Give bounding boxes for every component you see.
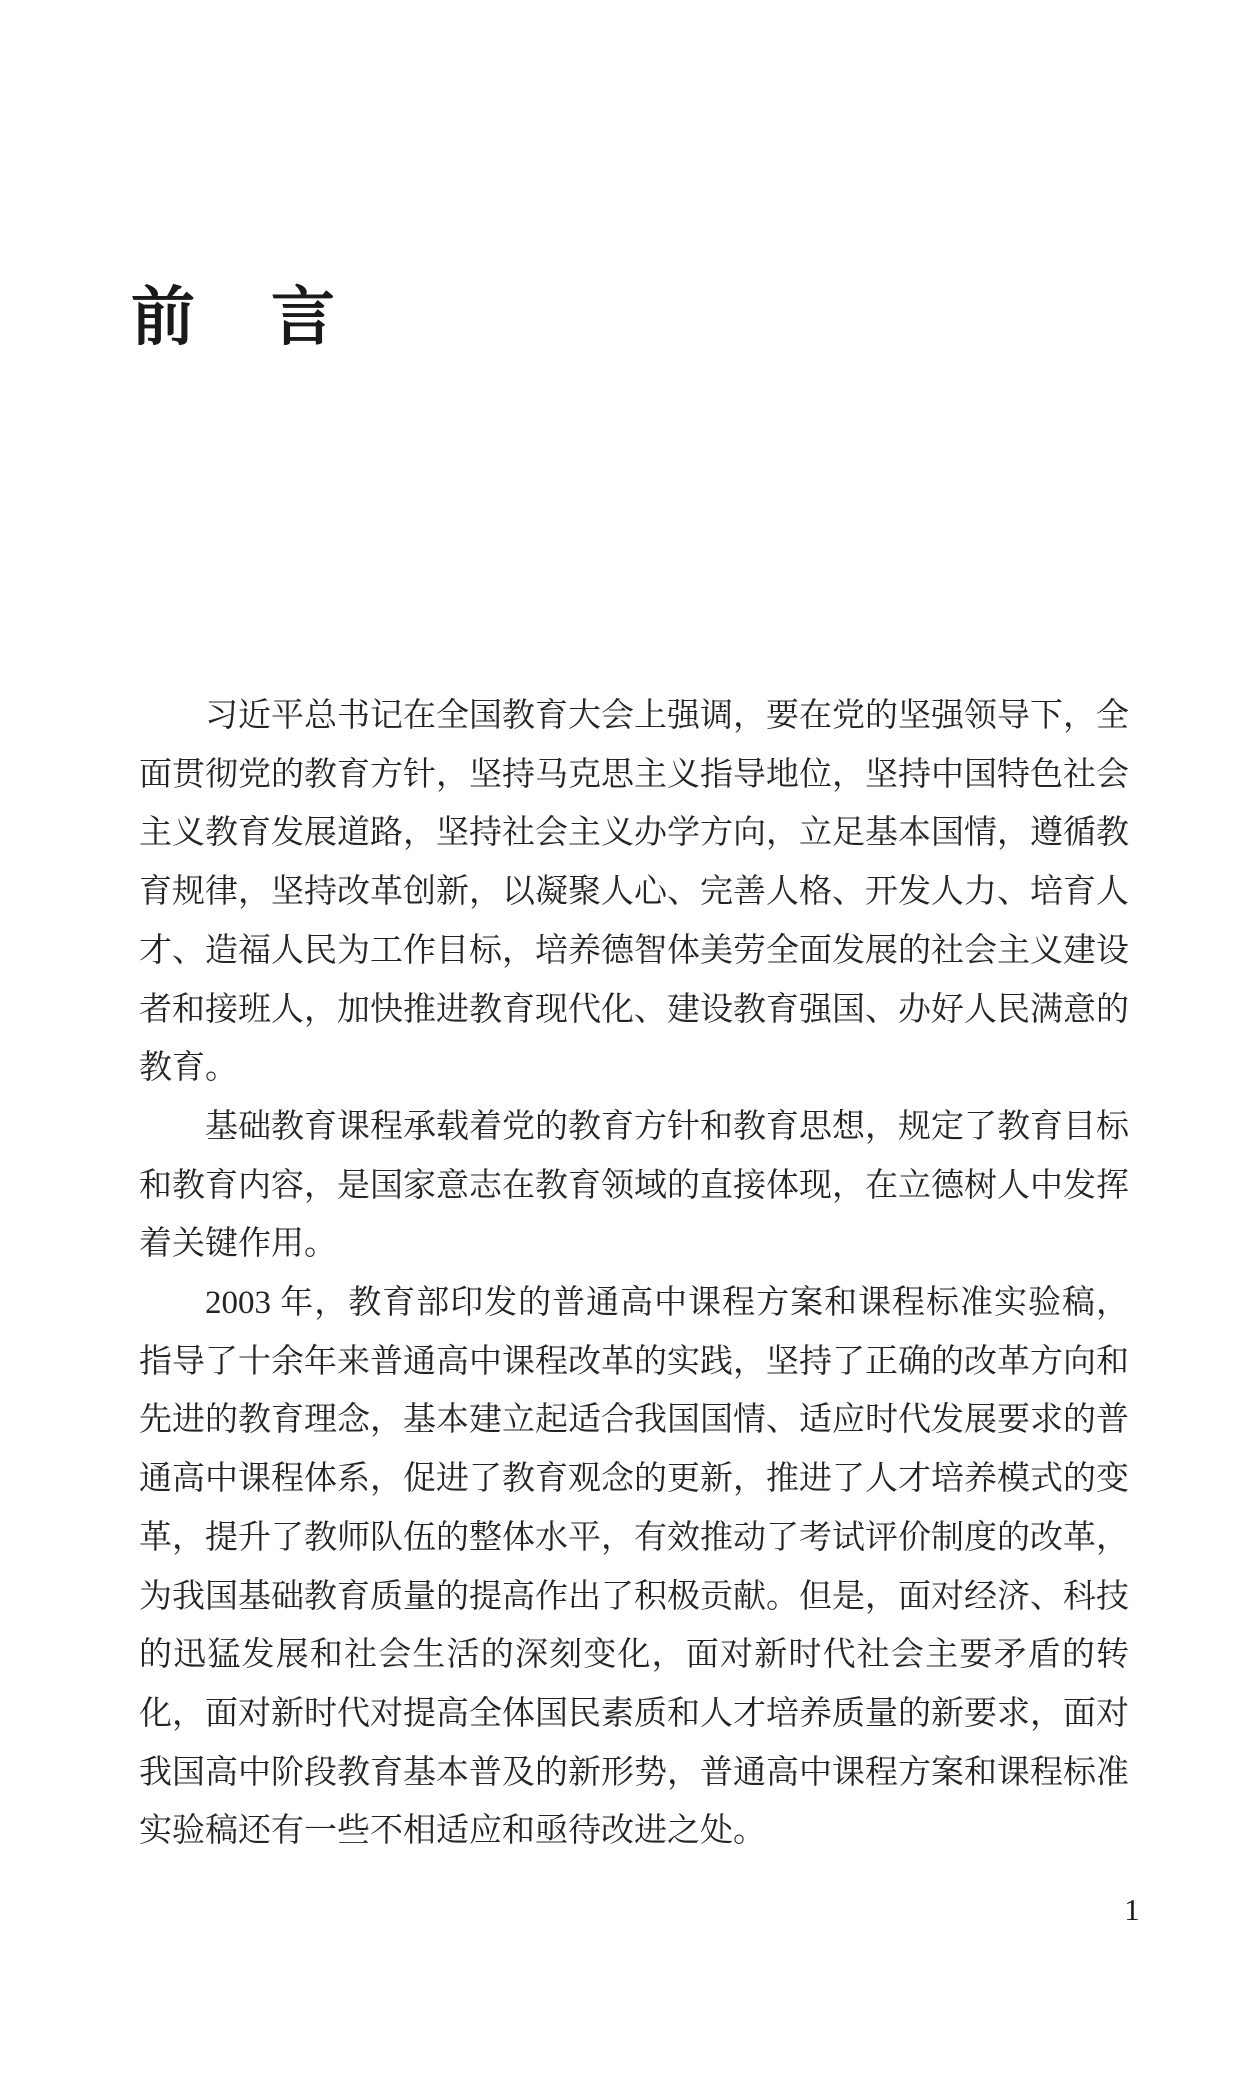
page-title: 前 言 <box>131 281 341 355</box>
page-number: 1 <box>1112 1892 1152 1928</box>
paragraph: 习近平总书记在全国教育大会上强调，要在党的坚强领导下，全面贯彻党的教育方针，坚持… <box>139 687 1129 1098</box>
body-text: 习近平总书记在全国教育大会上强调，要在党的坚强领导下，全面贯彻党的教育方针，坚持… <box>139 687 1129 1861</box>
paragraph: 基础教育课程承载着党的教育方针和教育思想，规定了教育目标和教育内容，是国家意志在… <box>139 1098 1129 1274</box>
document-page: 前 言 习近平总书记在全国教育大会上强调，要在党的坚强领导下，全面贯彻党的教育方… <box>0 0 1257 2095</box>
paragraph: 2003 年，教育部印发的普通高中课程方案和课程标准实验稿，指导了十余年来普通高… <box>139 1274 1129 1861</box>
